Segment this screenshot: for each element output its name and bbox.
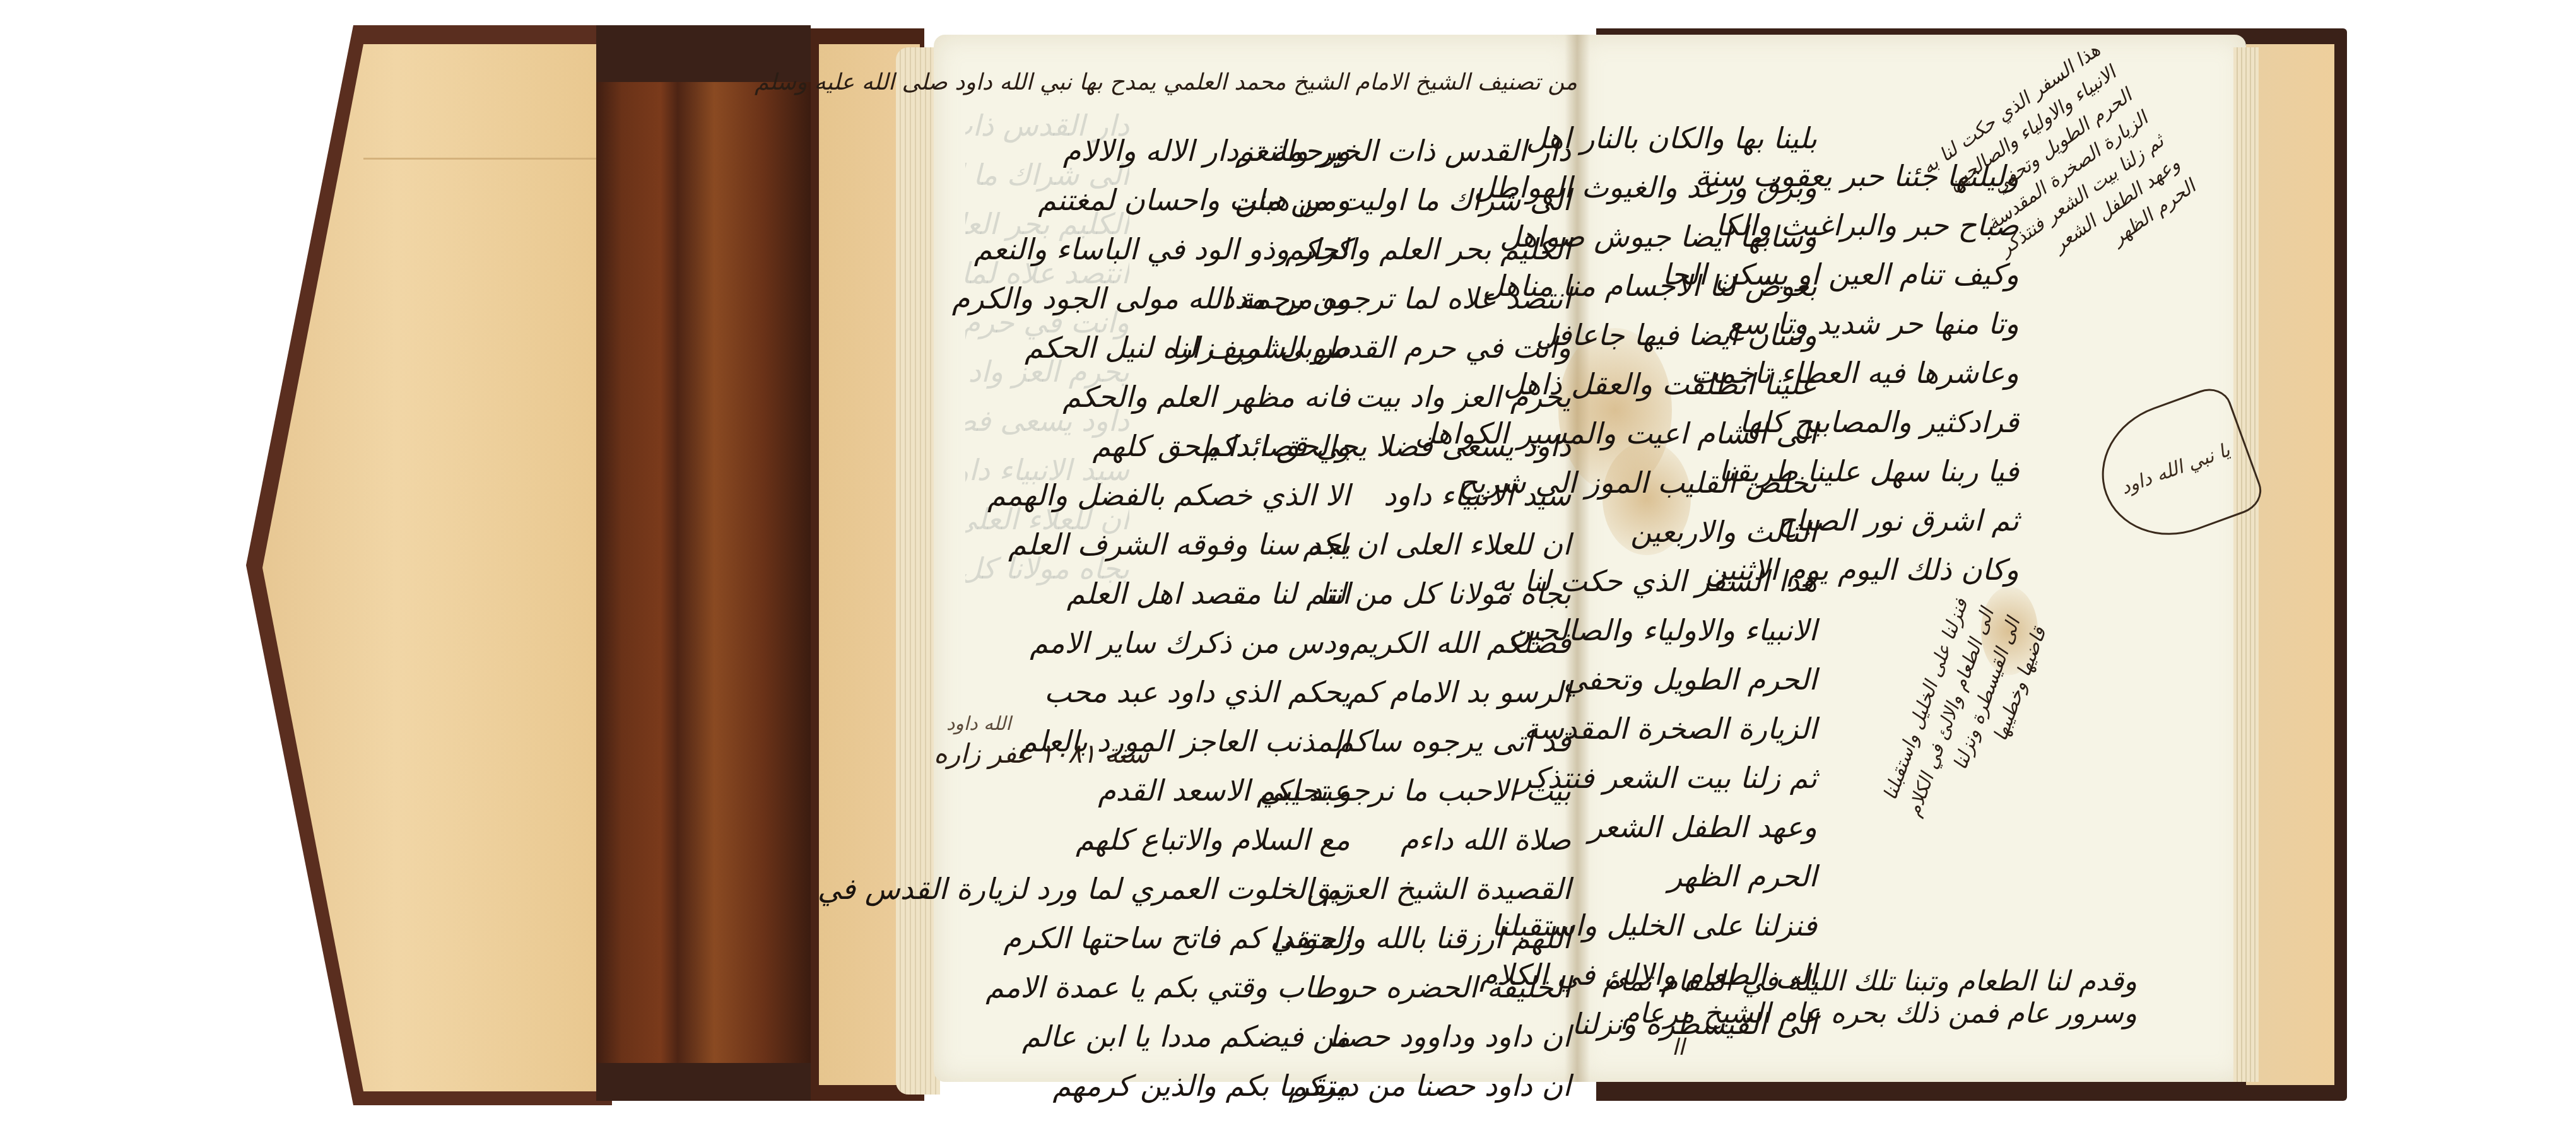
text-line: صلاة الله داءم xyxy=(1388,815,1571,864)
text-line: ان داود حصنا من ديركم xyxy=(1388,1061,1571,1110)
manuscript-photo: دار القدس ذات الخير والنعم الى شراك ما ا… xyxy=(0,0,2576,1133)
text-line: قرادكثير والمصابيح كلها xyxy=(1804,397,2019,447)
left-page-header: من تصنيف الشيخ الامام الشيخ محمد العلمي … xyxy=(1123,69,1577,95)
text-line: فانه مظهر العلم والحكم xyxy=(1136,372,1350,421)
text-line: مع السلام والاتباع كلهم xyxy=(1136,815,1350,864)
text-line: وعهد الطفل الشعر xyxy=(1590,802,1817,852)
text-line: فيا ربنا سهل علينا طريقنا xyxy=(1804,447,2019,496)
text-line: ودس من ذكرك ساير الامم xyxy=(1136,618,1350,667)
envelope-flap-pastedown xyxy=(262,44,597,1091)
text-line: ان داود وداوود حصنا xyxy=(1388,1012,1571,1061)
text-line: وعاشرها فيه العطاء تاخمت xyxy=(1804,348,2019,397)
text-line: الحرم الظهر xyxy=(1590,852,1817,901)
text-line: انتم لنا مقصد اهل العلم xyxy=(1136,569,1350,618)
text-line: الا الذي خصكم بالفضل والهمم xyxy=(1136,471,1350,520)
text-line: وطاب وقتي بكم يا عمدة الامم xyxy=(1136,963,1350,1012)
text-line: يحكم الذي داود عبد محب xyxy=(1136,667,1350,717)
text-line: الانبياء والاولياء والصالحين xyxy=(1590,606,1817,655)
text-line: المذنب العاجز المورد بالعلم xyxy=(1136,717,1350,766)
page-mark: اا xyxy=(1672,1035,1685,1060)
text-line: ثم اشرق نور الصباح xyxy=(1804,496,2019,545)
text-line: الزيارة الصخرة المقدسة xyxy=(1590,704,1817,753)
spine-tailcap xyxy=(596,1063,811,1101)
margin-name-note: الله داود xyxy=(946,713,1011,735)
text-line: من فيضكم مددا يا ابن عالم xyxy=(1136,1012,1350,1061)
flap-paper-seam xyxy=(363,158,597,160)
right-page-closing-lines: وقدم لنا الطعام وتبنا تلك الليلة في المق… xyxy=(1603,965,2137,1030)
text-line: الحرم الطويل وتحفي xyxy=(1590,655,1817,704)
leather-spine xyxy=(596,28,811,1101)
text-line: ثم زلنا بيت الشعر فنتذكر xyxy=(1590,753,1817,802)
margin-date-note: سنة ١٠٨١ غفر زاره xyxy=(934,738,1149,769)
text-line: وكان ذلك اليوم يوم الاثنين xyxy=(1804,545,2019,594)
text-line: فنزلنا على الخليل واستقبلنا xyxy=(1590,901,1817,950)
